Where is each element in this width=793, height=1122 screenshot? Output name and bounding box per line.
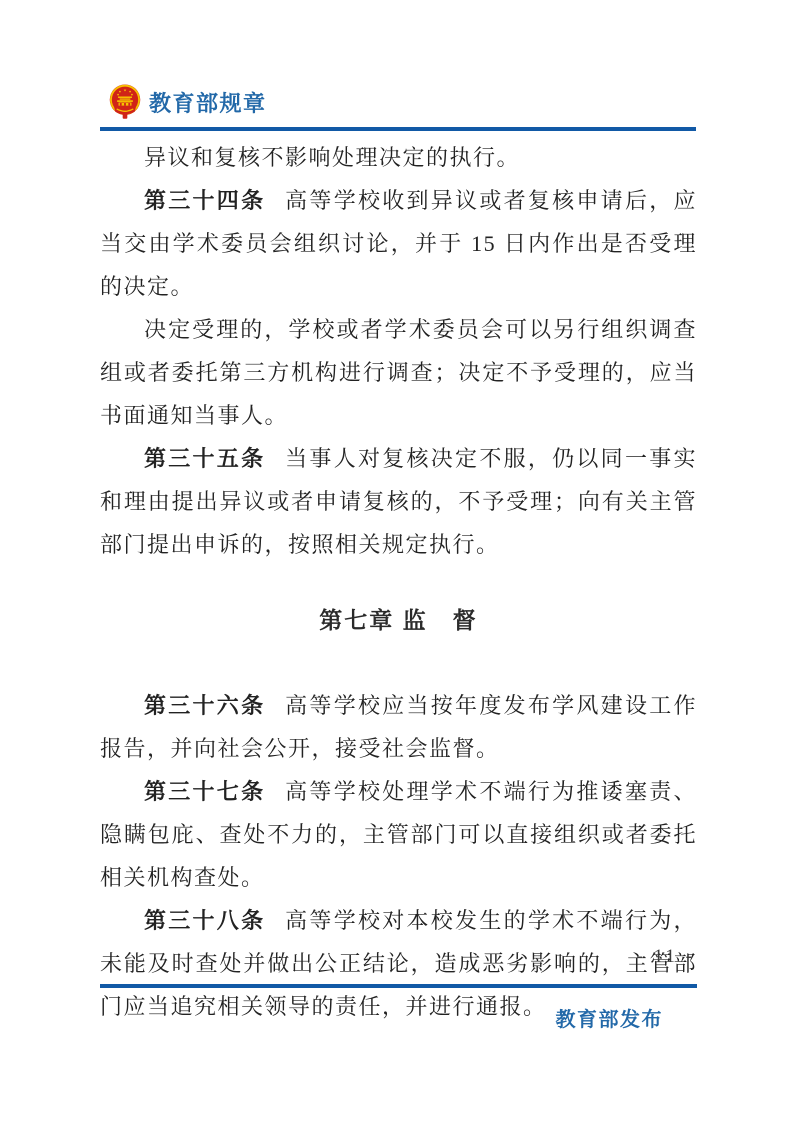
article-number: 第三十五条 [144,446,265,471]
paragraph-text: 决定受理的，学校或者学术委员会可以另行组织调查组或者委托第三方机构进行调查；决定… [100,317,697,428]
publisher-label: 教育部发布 [556,1003,664,1032]
header-title: 教育部规章 [149,87,267,118]
body-paragraph: 第三十六条高等学校应当按年度发布学风建设工作报告，并向社会公开，接受社会监督。 [100,684,697,770]
header-divider [100,127,696,131]
national-emblem-icon [108,84,142,121]
article-number: 第三十七条 [144,779,265,804]
footer-divider [100,984,697,988]
body-paragraph: 决定受理的，学校或者学术委员会可以另行组织调查组或者委托第三方机构进行调查；决定… [100,308,697,437]
document-body: 异议和复核不影响处理决定的执行。 第三十四条高等学校收到异议或者复核申请后，应当… [100,136,697,1028]
chapter-heading: 第七章 监 督 [100,604,697,636]
body-paragraph: 异议和复核不影响处理决定的执行。 [100,136,697,179]
article-number: 第三十八条 [144,908,265,933]
page-number: - 11 - [637,946,695,968]
document-header: 教育部规章 [108,84,267,121]
paragraph-text: 异议和复核不影响处理决定的执行。 [144,145,520,170]
body-paragraph: 第三十七条高等学校处理学术不端行为推诿塞责、隐瞒包庇、查处不力的，主管部门可以直… [100,770,697,899]
body-paragraph: 第三十五条当事人对复核决定不服，仍以同一事实和理由提出异议或者申请复核的，不予受… [100,437,697,566]
article-number: 第三十四条 [144,188,265,213]
body-paragraph: 第三十四条高等学校收到异议或者复核申请后，应当交由学术委员会组织讨论，并于 15… [100,179,697,308]
article-number: 第三十六条 [144,693,265,718]
document-page: 教育部规章 异议和复核不影响处理决定的执行。 第三十四条高等学校收到异议或者复核… [0,0,793,1122]
